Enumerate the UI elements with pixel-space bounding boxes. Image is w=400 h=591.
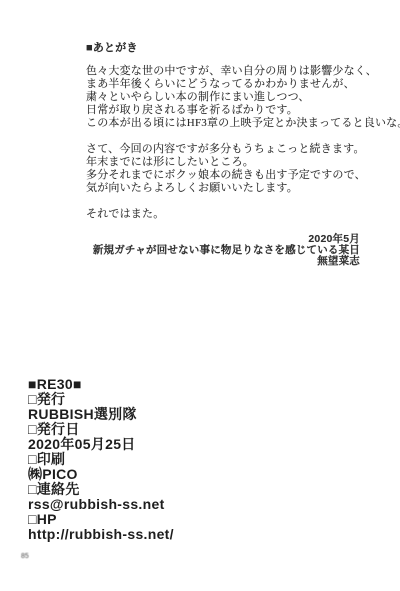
publisher-name: RUBBISH選別隊 [28,407,174,422]
text-line: 気が向いたらよろしくお願いいたします。 [86,182,360,195]
issue-date: 2020年05月25日 [28,437,174,452]
hp-label: □HP [28,512,174,527]
text-line: 色々大変な世の中ですが、幸い自分の周りは影響少なく、 [86,65,360,78]
printer-name: ㈱PICO [28,467,174,482]
signature-block: 2020年5月 新規ガチャが回せない事に物足りなさを感じている某日 無望菜志 [86,234,360,267]
text-line: さて、今回の内容ですが多分もうちょこっと続きます。 [86,143,360,156]
afterword-paragraph-2: さて、今回の内容ですが多分もうちょこっと続きます。 年末までには形にしたいところ… [86,143,360,195]
afterword-page: ■あとがき 色々大変な世の中ですが、幸い自分の周りは影響少なく、 まあ半年後くら… [0,0,400,591]
text-line: 日常が取り戻される事を祈るばかりです。 [86,104,360,117]
afterword-paragraph-1: 色々大変な世の中ですが、幸い自分の周りは影響少なく、 まあ半年後くらいにどうなっ… [86,65,360,130]
colophon-title: ■RE30■ [28,377,174,392]
signature-author: 無望菜志 [86,256,360,267]
contact-label: □連絡先 [28,482,174,497]
text-line: この本が出る頃にはHF3章の上映予定とか決まってると良いな。 [86,117,360,130]
text-line: 粛々といやらしい本の制作にまい進しつつ、 [86,91,360,104]
afterword-paragraph-3: それではまた。 [86,208,360,221]
publisher-label: □発行 [28,392,174,407]
text-line: まあ半年後くらいにどうなってるかわかりませんが、 [86,78,360,91]
text-line: 多分それまでにボクッ娘本の続きも出す予定ですので、 [86,169,360,182]
issue-date-label: □発行日 [28,422,174,437]
colophon-section: ■RE30■ □発行 RUBBISH選別隊 □発行日 2020年05月25日 □… [28,377,174,542]
contact-email: rss@rubbish-ss.net [28,497,174,512]
printer-label: □印刷 [28,452,174,467]
text-line: それではまた。 [86,208,360,221]
afterword-heading: ■あとがき [86,42,360,55]
text-line: 年末までには形にしたいところ。 [86,156,360,169]
page-number: 85 [21,553,29,561]
hp-url: http://rubbish-ss.net/ [28,527,174,542]
afterword-section: ■あとがき 色々大変な世の中ですが、幸い自分の周りは影響少なく、 まあ半年後くら… [86,42,360,267]
